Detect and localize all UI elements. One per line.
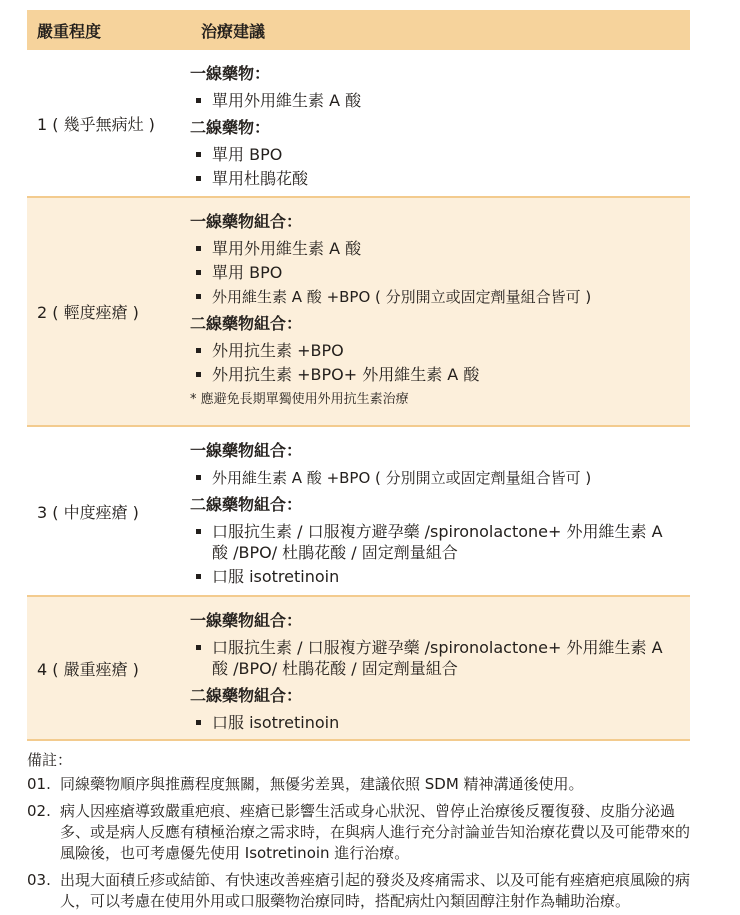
bullet-icon: [196, 475, 201, 480]
note-text: 出現大面積丘疹或結節、有快速改善痤瘡引起的發炎及疼痛需求、以及可能有痤瘡疤痕風險…: [60, 871, 690, 910]
bullet-icon: [196, 372, 201, 377]
list-item: 外用抗生素 +BPO+ 外用維生素 A 酸: [190, 364, 690, 385]
bullet-icon: [196, 348, 201, 353]
severity-cell: 4 ( 嚴重痤瘡 ): [27, 597, 190, 739]
header-severity: 嚴重程度: [27, 19, 173, 42]
group-title: 二線藥物組合：: [190, 491, 690, 518]
note-text: 病人因痤瘡導致嚴重疤痕、痤瘡已影響生活或身心狀況、曾停止治療後反覆復發、皮脂分泌…: [60, 802, 690, 862]
note-item: 01. 同線藥物順序與推薦程度無關，無優劣差異，建議依照 SDM 精神溝通後使用…: [27, 774, 697, 795]
header-recommendation: 治療建議: [173, 19, 265, 42]
bullet-icon: [196, 270, 201, 275]
footnote: * 應避免長期單獨使用外用抗生素治療: [190, 388, 690, 412]
bullet-icon: [196, 176, 201, 181]
note-item: 03. 出現大面積丘疹或結節、有快速改善痤瘡引起的發炎及疼痛需求、以及可能有痤瘡…: [27, 870, 697, 912]
list-item: 口服抗生素 / 口服複方避孕藥 /spironolactone+ 外用維生素 A…: [190, 521, 690, 563]
table-row: 1 ( 幾乎無病灶 ) 一線藥物： 單用外用維生素 A 酸 二線藥物： 單用 B…: [27, 50, 690, 198]
bullet-icon: [196, 645, 201, 650]
list-item: 單用外用維生素 A 酸: [190, 238, 690, 259]
table-header: 嚴重程度 治療建議: [27, 10, 690, 50]
list-item: 口服抗生素 / 口服複方避孕藥 /spironolactone+ 外用維生素 A…: [190, 637, 690, 679]
list-item: 單用外用維生素 A 酸: [190, 90, 690, 111]
group-title: 一線藥物：: [190, 60, 690, 87]
note-text: 同線藥物順序與推薦程度無關，無優劣差異，建議依照 SDM 精神溝通後使用。: [60, 775, 584, 793]
group-title: 二線藥物組合：: [190, 310, 690, 337]
acne-treatment-table: 嚴重程度 治療建議 1 ( 幾乎無病灶 ) 一線藥物： 單用外用維生素 A 酸 …: [27, 10, 690, 741]
recommendation-cell: 一線藥物組合： 口服抗生素 / 口服複方避孕藥 /spironolactone+…: [190, 597, 690, 739]
note-item: 02. 病人因痤瘡導致嚴重疤痕、痤瘡已影響生活或身心狀況、曾停止治療後反覆復發、…: [27, 801, 697, 864]
list-item: 外用抗生素 +BPO: [190, 340, 690, 361]
group-title: 二線藥物組合：: [190, 682, 690, 709]
recommendation-cell: 一線藥物： 單用外用維生素 A 酸 二線藥物： 單用 BPO 單用杜鵑花酸: [190, 50, 690, 196]
bullet-icon: [196, 720, 201, 725]
bullet-icon: [196, 574, 201, 579]
list-item: 外用維生素 A 酸 +BPO ( 分別開立或固定劑量組合皆可 ): [190, 467, 690, 488]
severity-cell: 1 ( 幾乎無病灶 ): [27, 50, 190, 196]
list-item: 單用杜鵑花酸: [190, 168, 690, 189]
note-number: 02.: [27, 801, 51, 822]
bullet-icon: [196, 246, 201, 251]
bullet-icon: [196, 529, 201, 534]
severity-cell: 2 ( 輕度痤瘡 ): [27, 198, 190, 425]
group-title: 一線藥物組合：: [190, 437, 690, 464]
recommendation-cell: 一線藥物組合： 單用外用維生素 A 酸 單用 BPO 外用維生素 A 酸 +BP…: [190, 198, 690, 425]
group-title: 二線藥物：: [190, 114, 690, 141]
severity-cell: 3 ( 中度痤瘡 ): [27, 427, 190, 595]
notes-section: 備註： 01. 同線藥物順序與推薦程度無關，無優劣差異，建議依照 SDM 精神溝…: [27, 748, 697, 915]
list-item: 口服 isotretinoin: [190, 712, 690, 733]
bullet-icon: [196, 98, 201, 103]
note-number: 03.: [27, 870, 51, 891]
recommendation-cell: 一線藥物組合： 外用維生素 A 酸 +BPO ( 分別開立或固定劑量組合皆可 )…: [190, 427, 690, 595]
list-item: 外用維生素 A 酸 +BPO ( 分別開立或固定劑量組合皆可 ): [190, 286, 690, 307]
note-number: 01.: [27, 774, 51, 795]
table-row: 2 ( 輕度痤瘡 ) 一線藥物組合： 單用外用維生素 A 酸 單用 BPO 外用…: [27, 198, 690, 427]
bullet-icon: [196, 294, 201, 299]
group-title: 一線藥物組合：: [190, 208, 690, 235]
bullet-icon: [196, 152, 201, 157]
list-item: 單用 BPO: [190, 262, 690, 283]
table-row: 3 ( 中度痤瘡 ) 一線藥物組合： 外用維生素 A 酸 +BPO ( 分別開立…: [27, 427, 690, 597]
table-row: 4 ( 嚴重痤瘡 ) 一線藥物組合： 口服抗生素 / 口服複方避孕藥 /spir…: [27, 597, 690, 741]
list-item: 口服 isotretinoin: [190, 566, 690, 587]
group-title: 一線藥物組合：: [190, 607, 690, 634]
list-item: 單用 BPO: [190, 144, 690, 165]
notes-title: 備註：: [27, 748, 697, 774]
